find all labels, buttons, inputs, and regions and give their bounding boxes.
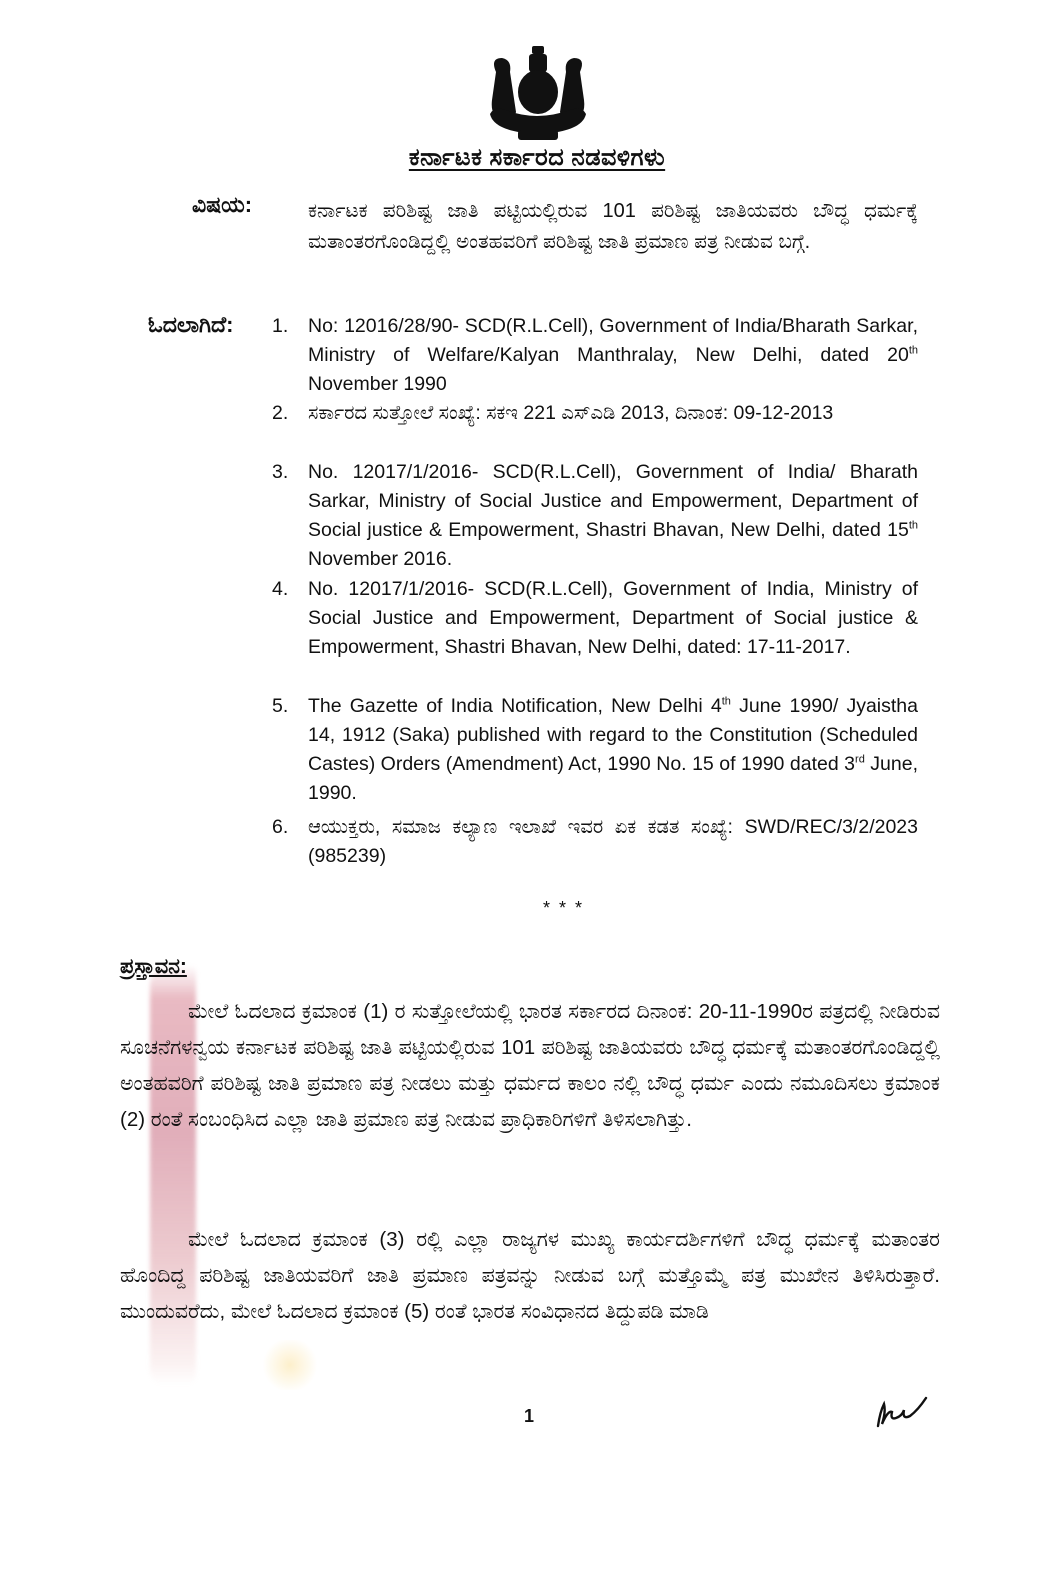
reference-item: 5. The Gazette of India Notification, Ne… (272, 692, 918, 808)
reference-item: 1. No: 12016/28/90- SCD(R.L.Cell), Gover… (272, 312, 918, 399)
page-number: 1 (524, 1406, 534, 1427)
reference-number: 2. (272, 399, 302, 428)
reference-number: 6. (272, 813, 302, 842)
reference-item: 4. No. 12017/1/2016- SCD(R.L.Cell), Gove… (272, 575, 918, 662)
signature-icon (872, 1382, 928, 1432)
document-title: ಕರ್ನಾಟಕ ಸರ್ಕಾರದ ನಡವಳಿಗಳು (362, 144, 712, 172)
government-emblem-icon (482, 44, 594, 144)
reference-text: ಸರ್ಕಾರದ ಸುತ್ತೋಲೆ ಸಂಖ್ಯೆ: ಸಕಇ 221 ಎಸ್‌ಎಡಿ… (308, 399, 918, 428)
reference-text: The Gazette of India Notification, New D… (308, 692, 918, 808)
reference-number: 3. (272, 458, 302, 487)
reference-item: 2. ಸರ್ಕಾರದ ಸುತ್ತೋಲೆ ಸಂಖ್ಯೆ: ಸಕಇ 221 ಎಸ್‌… (272, 399, 918, 428)
reference-text: ಆಯುಕ್ತರು, ಸಮಾಜ ಕಲ್ಯಾಣ ಇಲಾಖೆ ಇವರ ಏಕ ಕಡತ ಸ… (308, 813, 918, 871)
reference-text: No. 12017/1/2016- SCD(R.L.Cell), Governm… (308, 458, 918, 574)
reference-text: No: 12016/28/90- SCD(R.L.Cell), Governme… (308, 312, 918, 399)
reference-text: No. 12017/1/2016- SCD(R.L.Cell), Governm… (308, 575, 918, 662)
preamble-heading: ಪ್ರಸ್ತಾವನ: (120, 955, 187, 979)
section-separator: * * * (543, 898, 584, 919)
references-label: ಓದಲಾಗಿದೆ: (148, 312, 233, 338)
subject-text: ಕರ್ನಾಟಕ ಪರಿಶಿಷ್ಟ ಜಾತಿ ಪಟ್ಟಿಯಲ್ಲಿರುವ 101 … (308, 196, 918, 258)
reference-number: 1. (272, 312, 302, 341)
reference-item: 6. ಆಯುಕ್ತರು, ಸಮಾಜ ಕಲ್ಯಾಣ ಇಲಾಖೆ ಇವರ ಏಕ ಕಡ… (272, 813, 918, 871)
paper-stain-yellow (260, 1340, 320, 1390)
reference-number: 4. (272, 575, 302, 604)
preamble-paragraph: ಮೇಲೆ ಓದಲಾದ ಕ್ರಮಾಂಕ (3) ರಲ್ಲಿ ಎಲ್ಲಾ ರಾಜ್ಯ… (120, 1222, 940, 1330)
reference-number: 5. (272, 692, 302, 721)
reference-item: 3. No. 12017/1/2016- SCD(R.L.Cell), Gove… (272, 458, 918, 574)
subject-label: ವಿಷಯ: (192, 192, 252, 218)
preamble-paragraph: ಮೇಲೆ ಓದಲಾದ ಕ್ರಮಾಂಕ (1) ರ ಸುತ್ತೋಲೆಯಲ್ಲಿ ಭ… (120, 994, 940, 1138)
